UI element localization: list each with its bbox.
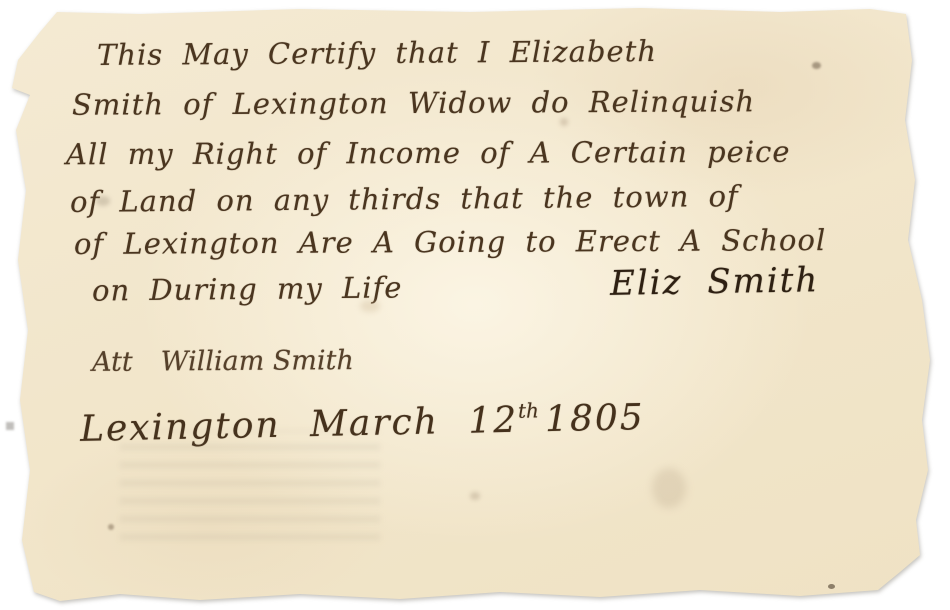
witness-name: William Smith <box>161 345 354 377</box>
paper-sheet: This May Certify that I Elizabeth Smith … <box>0 0 950 610</box>
paper-shadow-wrapper: This May Certify that I Elizabeth Smith … <box>0 0 950 610</box>
dateline-year: 1805 <box>545 397 645 440</box>
dateline-day-suffix: th <box>518 398 539 422</box>
manuscript-line-5: of Lexington Are A Going to Erect A Scho… <box>74 223 826 261</box>
attestation-line: AttWilliam Smith <box>92 345 354 378</box>
edge-speck-stain <box>828 584 835 589</box>
manuscript-line-6: on During my Life <box>92 270 403 307</box>
manuscript-line-1: This May Certify that I Elizabeth <box>97 34 657 72</box>
manuscript-line-2: Smith of Lexington Widow do Relinquish <box>72 84 755 122</box>
attestation-prefix: Att <box>92 347 133 378</box>
manuscript-line-3: All my Right of Income of A Certain peic… <box>66 135 791 172</box>
dateline: Lexington March 12th1805 <box>80 396 645 450</box>
foxing-spot <box>470 492 480 500</box>
scanned-document: This May Certify that I Elizabeth Smith … <box>0 0 950 610</box>
ink-blot-stain <box>812 62 821 69</box>
dateline-place-month-day: Lexington March 12 <box>80 400 519 450</box>
manuscript-line-4: of Land on any thirds that the town of <box>70 179 739 219</box>
foxing-spot <box>108 524 114 530</box>
faint-blotch-stain <box>652 468 686 508</box>
signature-eliz-smith: Eliz Smith <box>610 260 820 304</box>
